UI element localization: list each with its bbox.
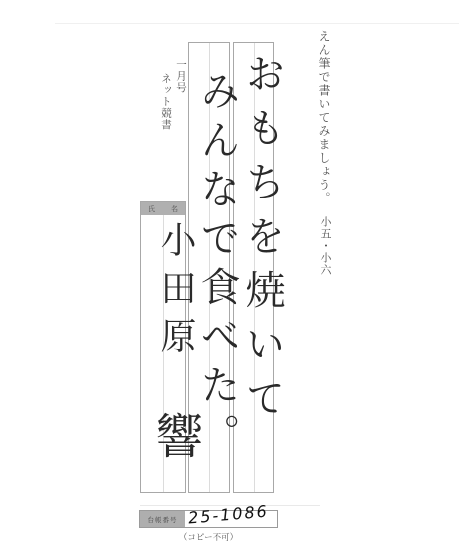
issue-info: 一月号 ネット競書	[158, 59, 188, 131]
copy-restriction-note: （コピー不可）	[139, 531, 278, 543]
handwritten-family-name: 小田原	[155, 221, 196, 365]
name-header-left-label: 氏	[148, 204, 155, 214]
ledger-number-label: 台帳番号	[140, 511, 185, 527]
issue-event-label: ネット競書	[160, 73, 171, 131]
name-column: 氏 名 小田原響	[140, 201, 186, 493]
issue-month-label: 一月号	[175, 59, 186, 94]
instruction-text: えん筆で書いてみましょう。	[316, 30, 333, 206]
handwritten-given-name: 響	[147, 411, 203, 459]
name-column-body: 小田原響	[141, 215, 185, 492]
grade-level-text: 小五・小六	[317, 216, 333, 276]
penmanship-entry-sheet: えん筆で書いてみましょう。 小五・小六 一月号 ネット競書 おもちを焼いて みん…	[0, 0, 459, 550]
scan-artifact-line	[55, 23, 459, 24]
handwritten-name: 小田原響	[141, 215, 210, 492]
name-header-right-label: 名	[171, 204, 178, 214]
ledger-number-field: 25-1086	[185, 511, 277, 527]
name-column-header: 氏 名	[141, 202, 185, 215]
ledger-number-box: 台帳番号 25-1086	[139, 510, 278, 528]
